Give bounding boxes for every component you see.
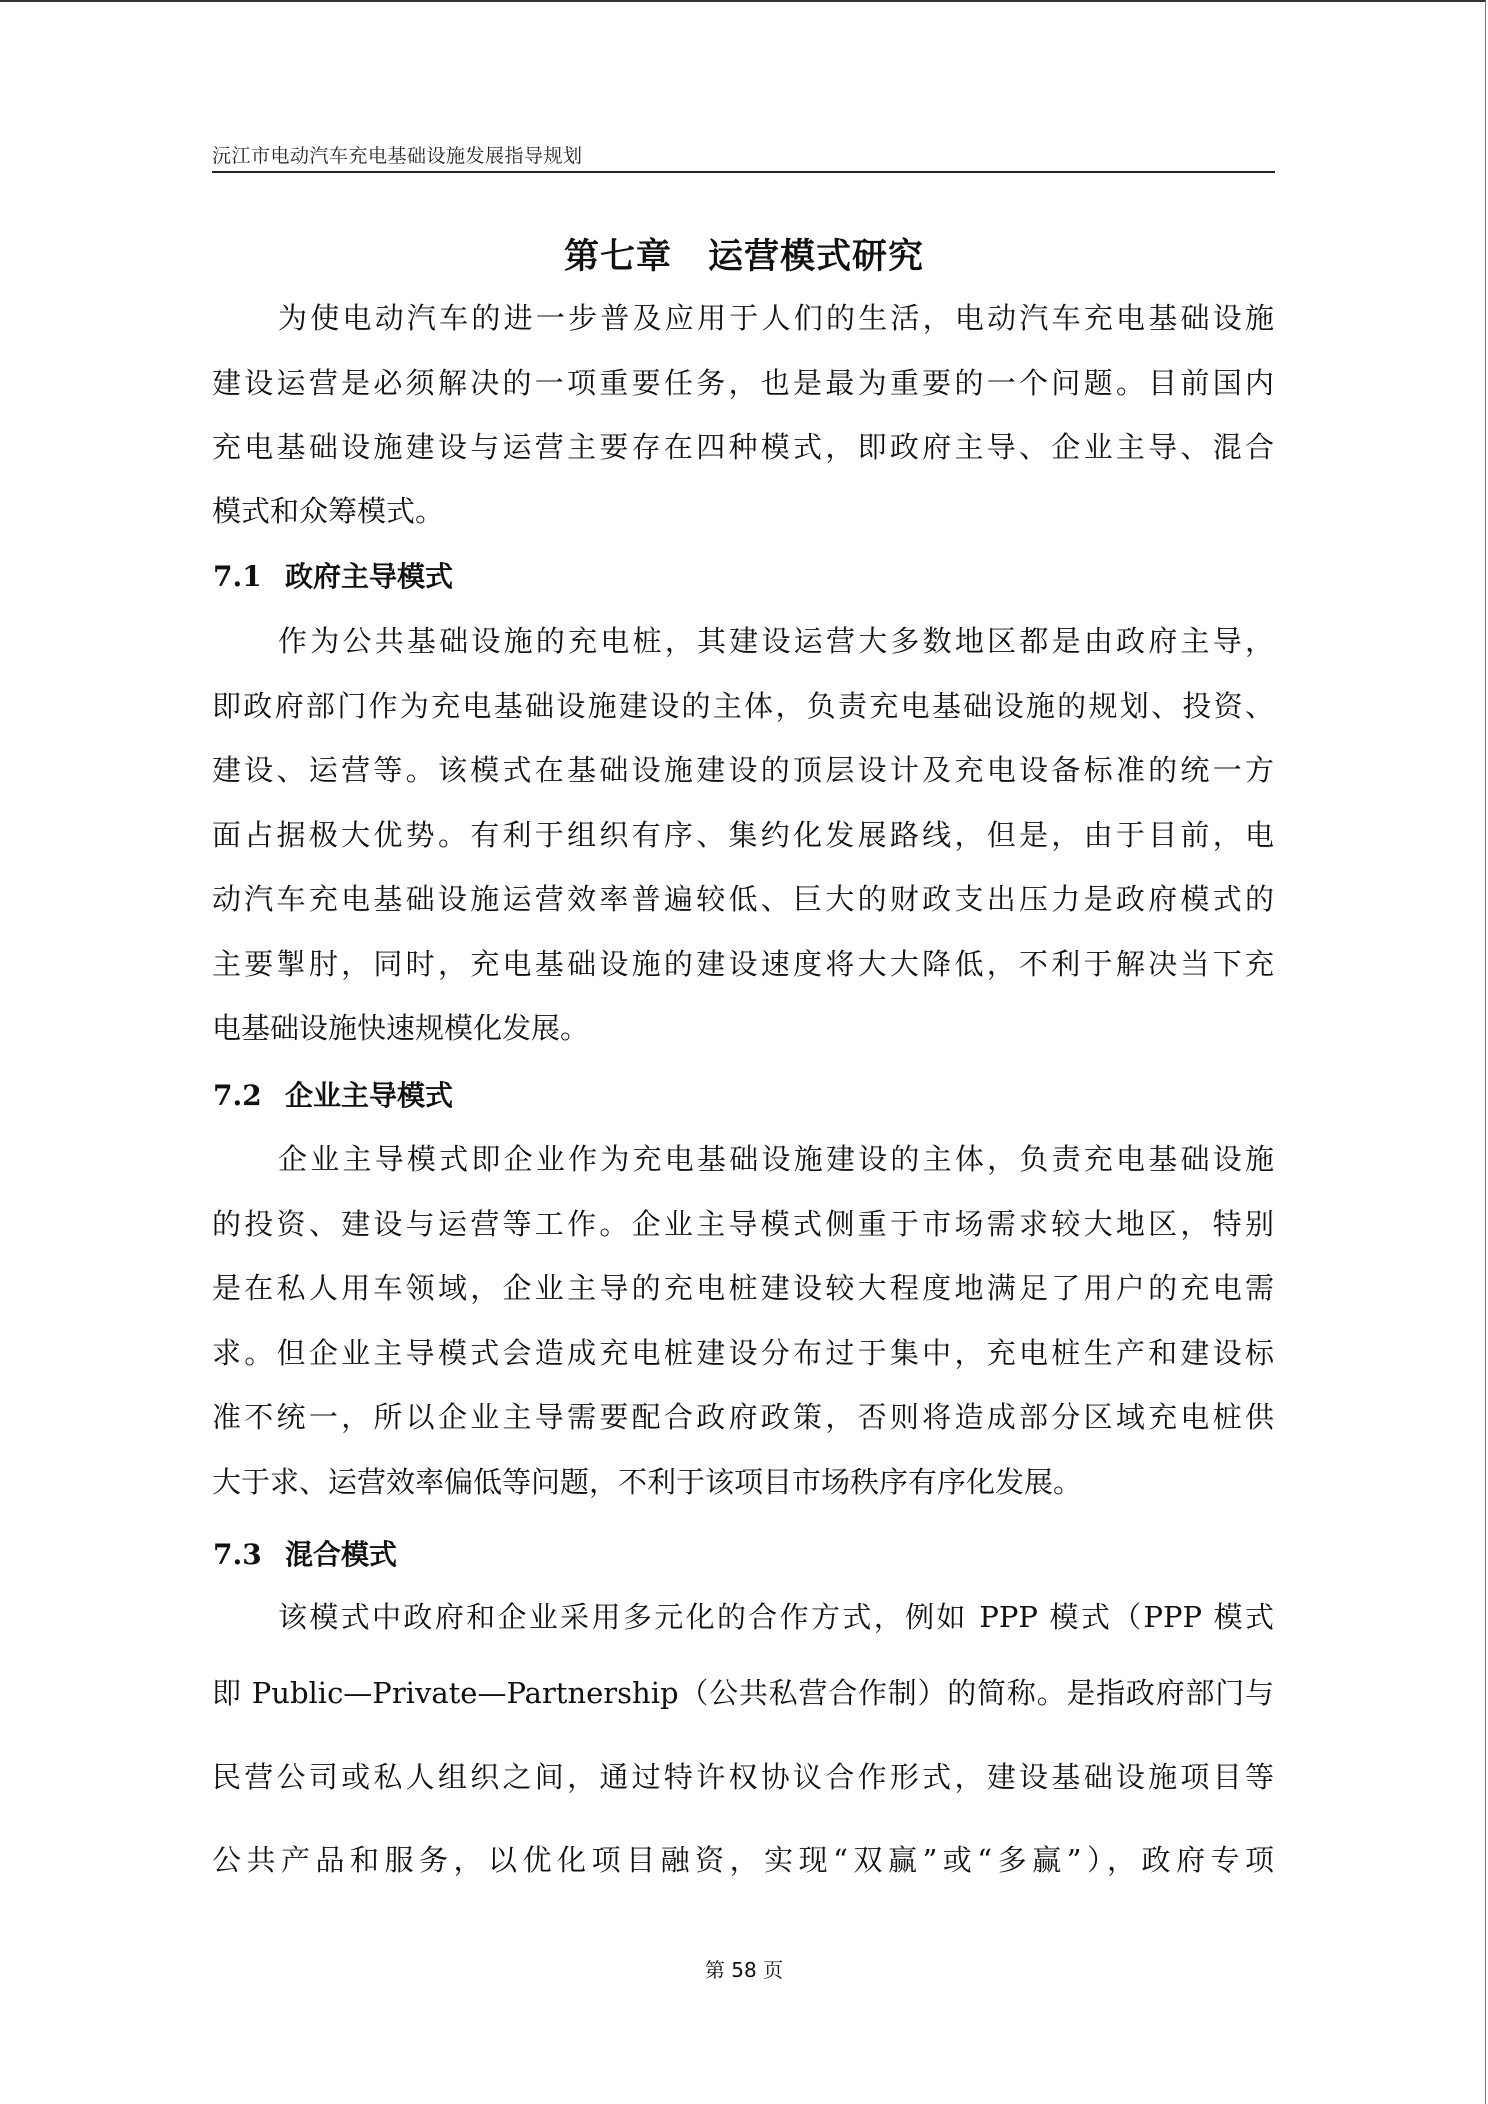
running-header: 沅江市电动汽车充电基础设施发展指导规划	[212, 141, 583, 168]
paragraph-line: 即 Public—Private—Partnership（公共私营合作制）的简称…	[212, 1676, 1274, 1710]
paragraph-line: 该模式中政府和企业采用多元化的合作方式，例如 PPP 模式（PPP 模式	[278, 1600, 1274, 1634]
section-title: 政府主导模式	[285, 560, 453, 593]
paragraph-line: 民营公司或私人组织之间，通过特许权协议合作形式，建设基础设施项目等	[212, 1760, 1274, 1794]
paragraph-line: 动汽车充电基础设施运营效率普遍较低、巨大的财政支出压力是政府模式的	[212, 882, 1274, 916]
paragraph-line: 建设、运营等。该模式在基础设施建设的顶层设计及充电设备标准的统一方	[212, 753, 1274, 787]
section-heading-7-1: 7.1政府主导模式	[213, 560, 453, 594]
paragraph-line: 模式和众筹模式。	[212, 494, 1274, 528]
paragraph-line: 准不统一，所以企业主导需要配合政府政策，否则将造成部分区域充电桩供	[212, 1400, 1274, 1434]
section-heading-7-2: 7.2企业主导模式	[213, 1079, 453, 1113]
paragraph-line: 企业主导模式即企业作为充电基础设施建设的主体，负责充电基础设施	[278, 1142, 1274, 1176]
page-number: 第 58 页	[0, 1954, 1488, 1983]
paragraph-line: 大于求、运营效率偏低等问题，不利于该项目市场秩序有序化发展。	[212, 1465, 1274, 1499]
section-number: 7.1	[213, 560, 285, 594]
paragraph-line: 求。但企业主导模式会造成充电桩建设分布过于集中，充电桩生产和建设标	[212, 1336, 1274, 1370]
paragraph-line: 即政府部门作为充电基础设施建设的主体，负责充电基础设施的规划、投资、	[212, 689, 1274, 723]
section-title: 企业主导模式	[285, 1079, 453, 1112]
paragraph-line: 是在私人用车领域，企业主导的充电桩建设较大程度地满足了用户的充电需	[212, 1271, 1274, 1305]
paragraph-line: 的投资、建设与运营等工作。企业主导模式侧重于市场需求较大地区，特别	[212, 1207, 1274, 1241]
paragraph-line: 建设运营是必须解决的一项重要任务，也是最为重要的一个问题。目前国内	[212, 366, 1274, 400]
section-title: 混合模式	[285, 1538, 397, 1571]
paragraph-line: 面占据极大优势。有利于组织有序、集约化发展路线，但是，由于目前，电	[212, 818, 1274, 852]
paragraph-line: 作为公共基础设施的充电桩，其建设运营大多数地区都是由政府主导，	[278, 624, 1274, 658]
chapter-title: 第七章 运营模式研究	[0, 229, 1488, 279]
paragraph-line: 充电基础设施建设与运营主要存在四种模式，即政府主导、企业主导、混合	[212, 430, 1274, 464]
section-heading-7-3: 7.3混合模式	[213, 1538, 397, 1572]
section-number: 7.3	[213, 1538, 285, 1572]
header-rule	[212, 171, 1275, 173]
paragraph-line: 为使电动汽车的进一步普及应用于人们的生活，电动汽车充电基础设施	[278, 301, 1274, 335]
paragraph-line: 公共产品和服务，以优化项目融资，实现“双赢”或“多赢”），政府专项	[212, 1843, 1274, 1877]
paragraph-line: 主要掣肘，同时，充电基础设施的建设速度将大大降低，不利于解决当下充	[212, 947, 1274, 981]
section-number: 7.2	[213, 1079, 285, 1113]
paragraph-line: 电基础设施快速规模化发展。	[212, 1011, 1274, 1045]
